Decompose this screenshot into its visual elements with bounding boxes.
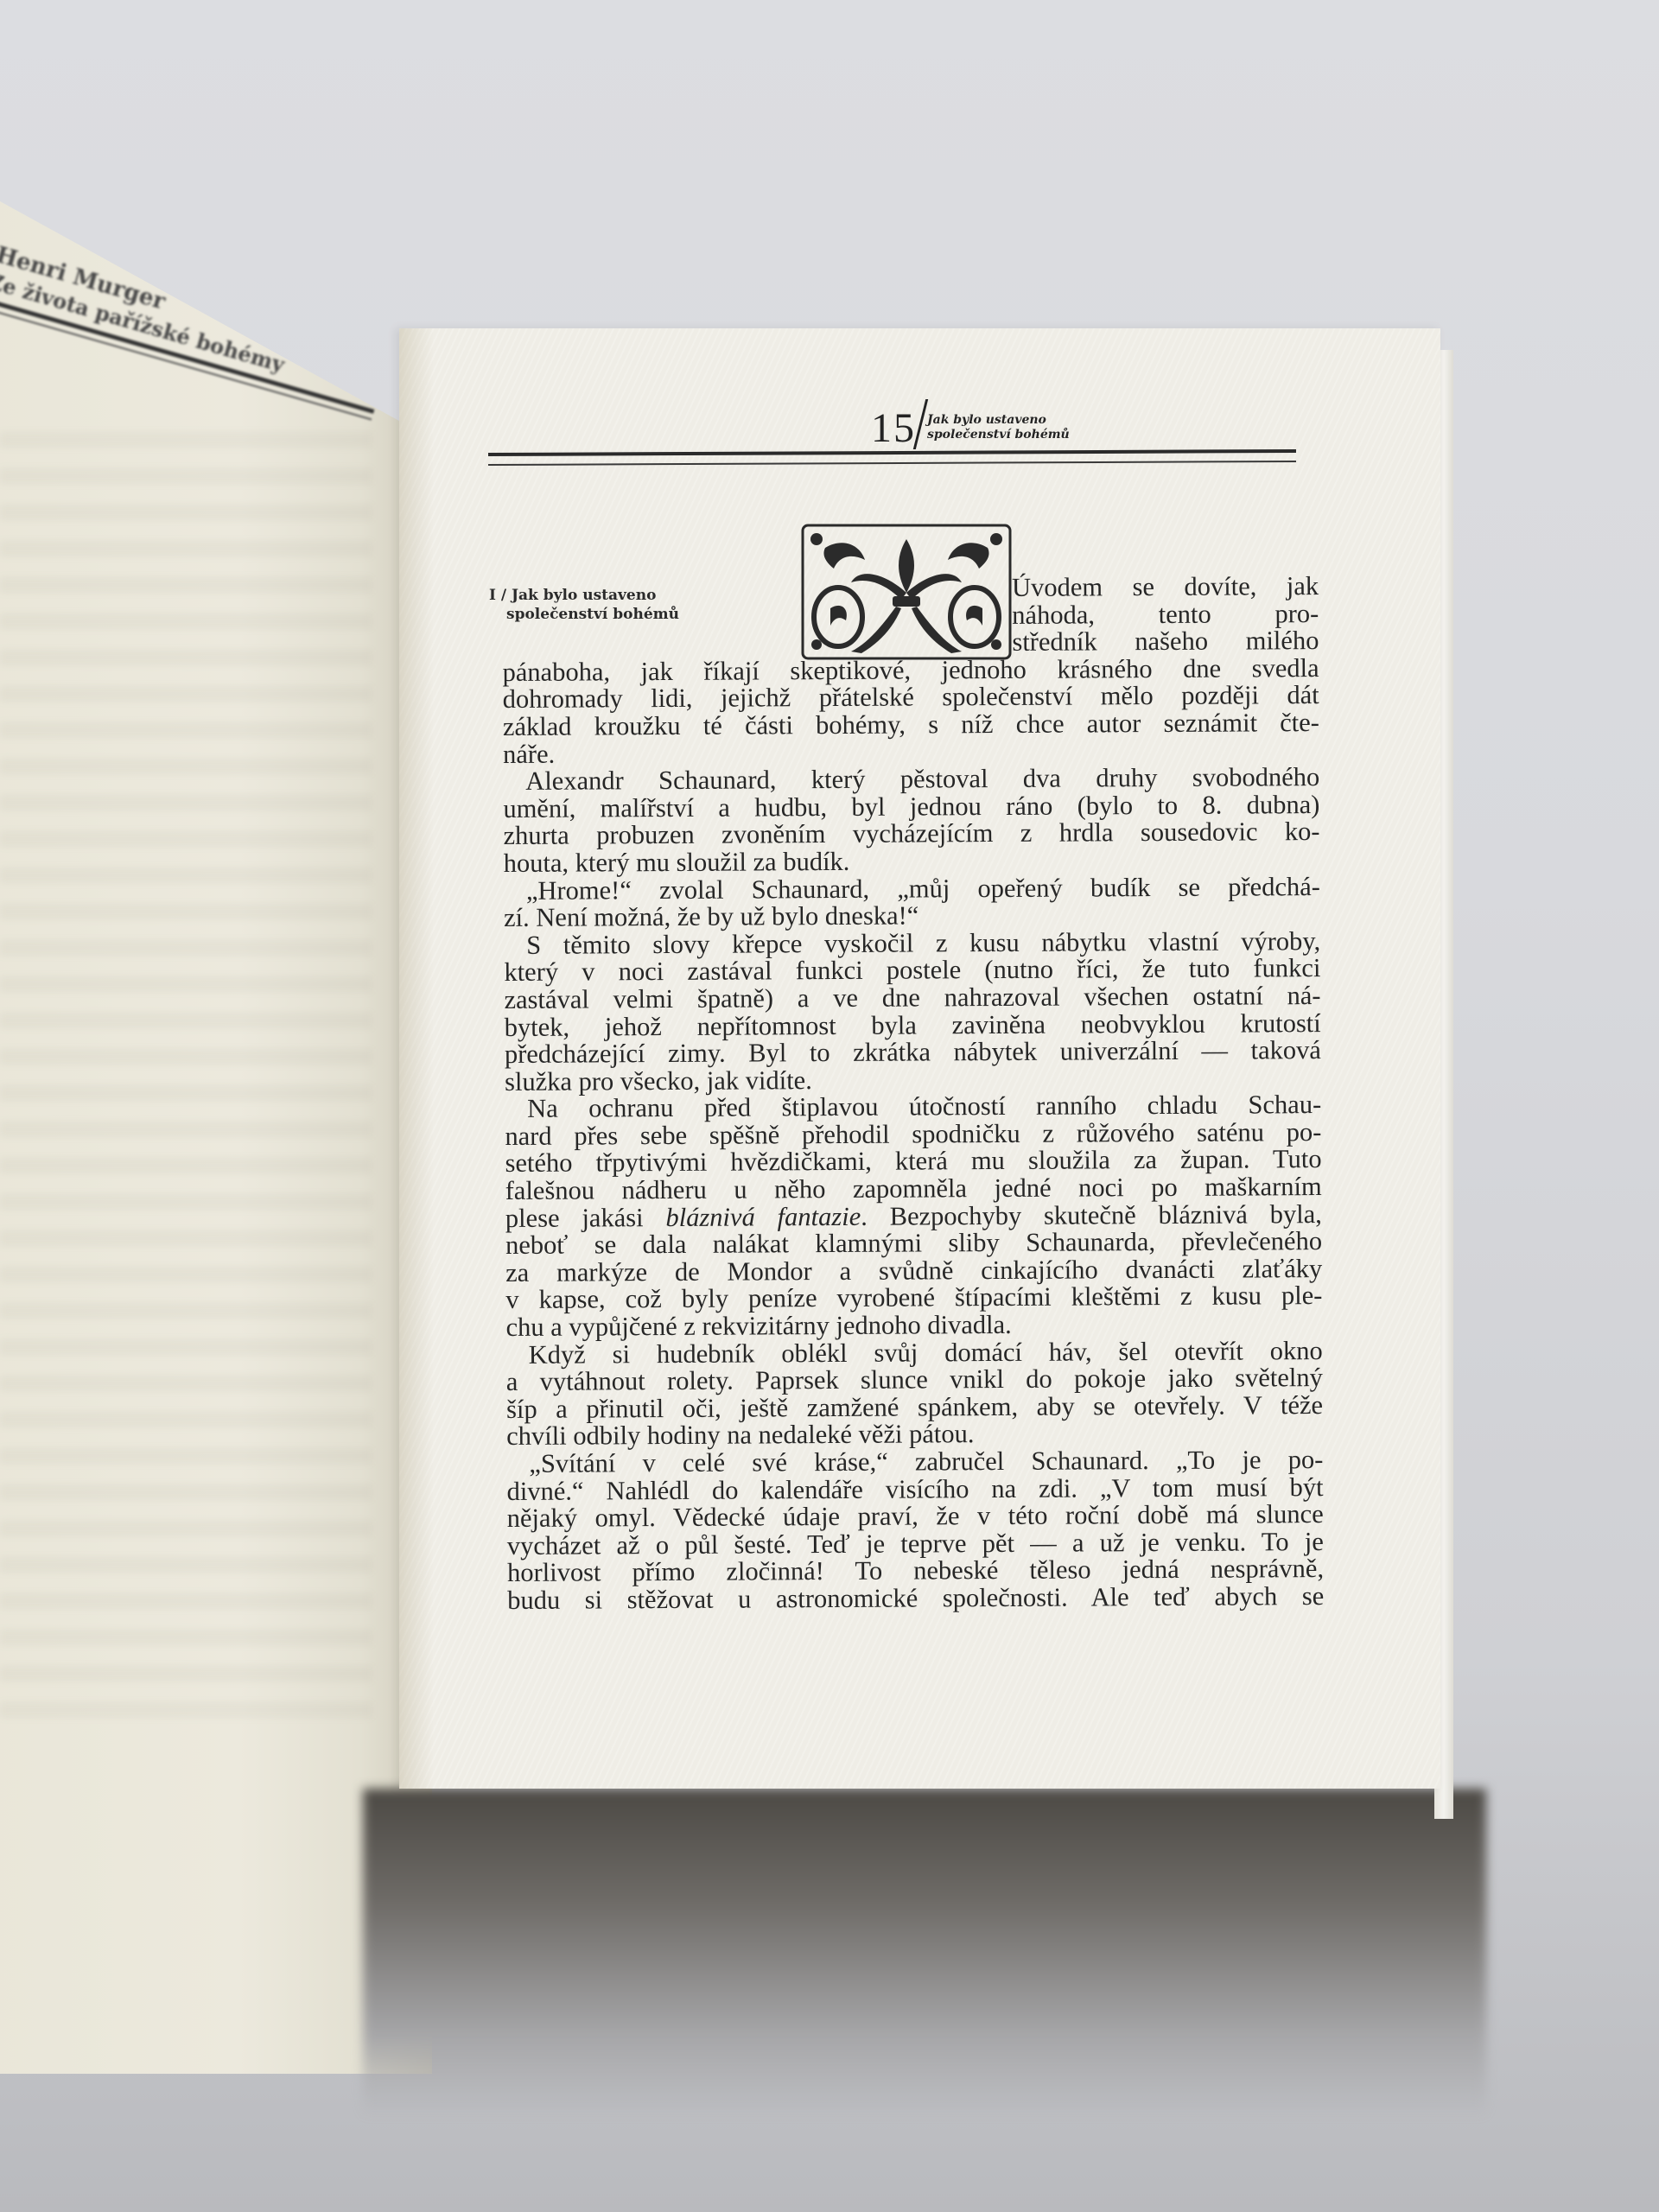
text-line: předcházející zimy. Byl to zkrátka nábyt… (505, 1037, 1321, 1069)
text-line: náhoda, tento pro- (1012, 601, 1319, 629)
page-number: 15 (871, 408, 916, 449)
running-head: 15 Jak bylo ustaveno společenství bohémů (871, 399, 1070, 449)
text-line: zhurta probuzen zvoněním vycházejícím z … (503, 818, 1319, 850)
text-line: základ kroužku té části bohémy, s níž ch… (503, 709, 1319, 741)
text-line: šíp a přinutil oči, ještě zamžené spánke… (506, 1392, 1323, 1424)
italic-phrase: bláznivá fantazie (665, 1201, 861, 1231)
text-run: plese jakási (505, 1203, 666, 1233)
text-line: „Hrome!“ zvolal Schaunard, „můj opeřený … (504, 874, 1320, 906)
running-head-line-2: společenství bohémů (927, 428, 1070, 442)
running-head-text: Jak bylo ustaveno společenství bohémů (927, 413, 1070, 442)
text-line: budu si stěžovat u astronomické společno… (507, 1583, 1324, 1615)
body-text: Úvodem se dovíte, jak náhoda, tento pro-… (502, 573, 1324, 1614)
text-line: Úvodem se dovíte, jak (1012, 573, 1319, 601)
page-shadow (363, 1789, 1486, 2117)
drop-cap-lines: Úvodem se dovíte, jak náhoda, tento pro-… (1012, 573, 1319, 657)
text-line: středník našeho milého (1012, 627, 1319, 656)
gutter-shadow (399, 328, 434, 1789)
left-page-text-blur (0, 432, 372, 1728)
text-line: v kapse, což byly peníze vyrobené štípac… (505, 1282, 1322, 1314)
running-head-line-1: Jak bylo ustaveno (927, 413, 1046, 427)
